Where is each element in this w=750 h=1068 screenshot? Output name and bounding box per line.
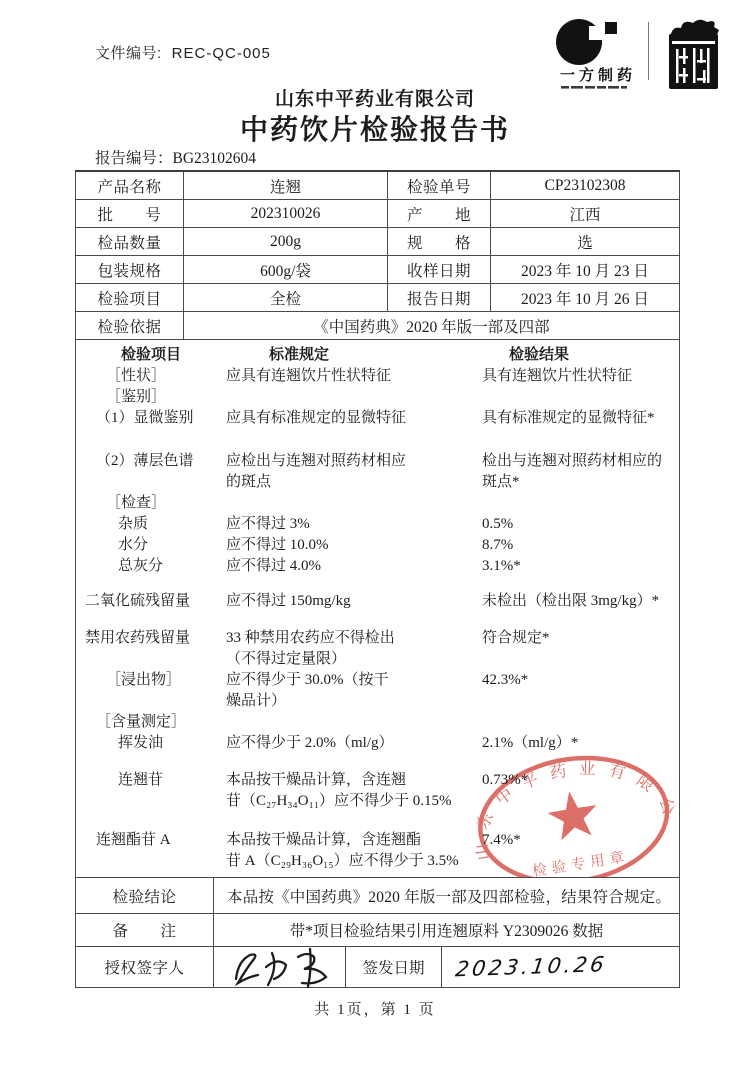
table-row: 包装规格 600g/袋 收样日期 2023 年 10 月 23 日 xyxy=(76,256,680,284)
field-label: 检验项目 xyxy=(76,284,184,312)
result-value: 未检出（检出限 3mg/kg）* xyxy=(482,591,679,612)
document-number: 文件编号:REC-QC-005 xyxy=(95,42,271,63)
test-results-section: 检验项目 标准规定 检验结果 ［性状］ 应具有连翘饮片性状特征 具有连翘饮片性状… xyxy=(75,340,680,878)
result-item: ［浸出物］ xyxy=(76,670,226,712)
result-item: ［含量测定］ xyxy=(76,712,226,733)
issue-date-label: 签发日期 xyxy=(345,947,441,987)
result-standard: 应检出与连翘对照药材相应 的斑点 xyxy=(226,451,482,493)
result-row-zazhi: 杂质 应不得过 3% 0.5% xyxy=(76,514,679,535)
result-row-jianbie: ［鉴别］ xyxy=(76,387,679,408)
result-item: （2）薄层色谱 xyxy=(76,451,226,493)
field-value: 全检 xyxy=(184,284,388,312)
sample-info-table: 产品名称 连翘 检验单号 CP23102308 批 号 202310026 产 … xyxy=(75,170,680,340)
result-standard xyxy=(226,712,482,733)
company-name: 山东中平药业有限公司 xyxy=(0,84,750,111)
field-value: 600g/袋 xyxy=(184,256,388,284)
result-standard: 应不得过 150mg/kg xyxy=(226,591,482,612)
result-item: 连翘苷 xyxy=(76,770,226,812)
result-item: 禁用农药残留量 xyxy=(76,628,226,670)
result-item: 挥发油 xyxy=(76,733,226,754)
report-title: 中药饮片检验报告书 xyxy=(0,108,750,148)
result-item: 连翘酯苷 A xyxy=(76,830,226,872)
table-row: 检品数量 200g 规 格 选 xyxy=(76,228,680,256)
page-count: 共 1页，第 1 页 xyxy=(0,998,750,1019)
results-header-row: 检验项目 标准规定 检验结果 xyxy=(76,345,679,366)
result-item: ［鉴别］ xyxy=(76,387,226,408)
result-row-shuifen: 水分 应不得过 10.0% 8.7% xyxy=(76,535,679,556)
result-standard: 应具有连翘饮片性状特征 xyxy=(226,366,482,387)
issue-date-value: 2023.10.26 xyxy=(441,947,679,987)
field-label: 批 号 xyxy=(76,200,184,228)
result-standard: 本品按干燥品计算，含连翘 苷（C₂₇H₃₄O₁₁）应不得少于 0.15% xyxy=(226,770,482,812)
result-value: 7.4%* xyxy=(482,830,679,872)
report-sheet: 产品名称 连翘 检验单号 CP23102308 批 号 202310026 产 … xyxy=(75,170,680,988)
column-header-result: 检验结果 xyxy=(482,345,679,366)
field-value: 选 xyxy=(491,228,680,256)
field-label: 包装规格 xyxy=(76,256,184,284)
result-standard: 应具有标准规定的显微特征 xyxy=(226,408,482,429)
result-item: 二氧化硫残留量 xyxy=(76,591,226,612)
result-item: 总灰分 xyxy=(76,556,226,577)
result-standard: 应不得过 10.0% xyxy=(226,535,482,556)
company-stamp-logo-icon xyxy=(655,14,733,94)
result-standard xyxy=(226,493,482,514)
result-row-jinyongnongyao: 禁用农药残留量 33 种禁用农药应不得检出 （不得过定量限） 符合规定* xyxy=(76,628,679,670)
column-header-item: 检验项目 xyxy=(76,345,226,366)
result-row-zonghuifen: 总灰分 应不得过 4.0% 3.1%* xyxy=(76,556,679,577)
conclusion-row: 检验结论 本品按《中国药典》2020 年版一部及四部检验，结果符合规定。 xyxy=(75,878,680,914)
yifang-pharma-logo-icon: 一方制药 xyxy=(552,14,644,94)
result-value: 2.1%（ml/g）* xyxy=(482,733,679,754)
result-standard: 应不得少于 2.0%（ml/g） xyxy=(226,733,482,754)
field-label: 规 格 xyxy=(388,228,491,256)
result-item: （1）显微鉴别 xyxy=(76,408,226,429)
field-label: 检验单号 xyxy=(388,171,491,200)
field-value: 2023 年 10 月 23 日 xyxy=(491,256,680,284)
field-value: 202310026 xyxy=(184,200,388,228)
result-item: 水分 xyxy=(76,535,226,556)
result-item: 杂质 xyxy=(76,514,226,535)
result-value: 0.5% xyxy=(482,514,679,535)
report-number: 报告编号：BG23102604 xyxy=(95,146,256,168)
result-value xyxy=(482,712,679,733)
field-value: 2023 年 10 月 26 日 xyxy=(491,284,680,312)
result-row-xianwei: （1）显微鉴别 应具有标准规定的显微特征 具有标准规定的显微特征* xyxy=(76,408,679,429)
result-item: ［检查］ xyxy=(76,493,226,514)
table-row: 批 号 202310026 产 地 江西 xyxy=(76,200,680,228)
field-label: 检验依据 xyxy=(76,312,184,340)
field-value: 《中国药典》2020 年版一部及四部 xyxy=(184,312,680,340)
result-value: 具有连翘饮片性状特征 xyxy=(482,366,679,387)
yifang-logo-text: 一方制药 xyxy=(560,66,636,84)
result-value: 8.7% xyxy=(482,535,679,556)
result-standard xyxy=(226,387,482,408)
result-row-xingzhuang: ［性状］ 应具有连翘饮片性状特征 具有连翘饮片性状特征 xyxy=(76,366,679,387)
handwritten-date: 2023.10.26 xyxy=(440,952,609,982)
result-row-eryanghualiu: 二氧化硫残留量 应不得过 150mg/kg 未检出（检出限 3mg/kg）* xyxy=(76,591,679,612)
field-value: CP23102308 xyxy=(491,171,680,200)
signer-label: 授权签字人 xyxy=(76,947,213,987)
result-value: 0.73%* xyxy=(482,770,679,812)
table-row: 检验项目 全检 报告日期 2023 年 10 月 26 日 xyxy=(76,284,680,312)
field-label: 产品名称 xyxy=(76,171,184,200)
handwritten-signature-icon xyxy=(228,941,338,993)
result-value: 具有标准规定的显微特征* xyxy=(482,408,679,429)
result-row-lianqiaogan: 连翘苷 本品按干燥品计算，含连翘 苷（C₂₇H₃₄O₁₁）应不得少于 0.15%… xyxy=(76,770,679,812)
field-value: 江西 xyxy=(491,200,680,228)
result-row-huifayou: 挥发油 应不得少于 2.0%（ml/g） 2.1%（ml/g）* xyxy=(76,733,679,754)
result-standard: 应不得少于 30.0%（按干 燥品计） xyxy=(226,670,482,712)
column-header-standard: 标准规定 xyxy=(226,345,482,366)
conclusion-value: 本品按《中国药典》2020 年版一部及四部检验，结果符合规定。 xyxy=(213,878,679,913)
result-value xyxy=(482,387,679,408)
field-label: 产 地 xyxy=(388,200,491,228)
result-value: 3.1%* xyxy=(482,556,679,577)
field-label: 检品数量 xyxy=(76,228,184,256)
result-row-bocengsepu: （2）薄层色谱 应检出与连翘对照药材相应 的斑点 检出与连翘对照药材相应的 斑点… xyxy=(76,451,679,493)
document-number-value: REC-QC-005 xyxy=(172,45,271,62)
result-standard: 应不得过 4.0% xyxy=(226,556,482,577)
result-row-jiancha: ［检查］ xyxy=(76,493,679,514)
result-value: 检出与连翘对照药材相应的 斑点* xyxy=(482,451,679,493)
remark-row: 备 注 带*项目检验结果引用连翘原料 Y2309026 数据 xyxy=(75,914,680,947)
remark-label: 备 注 xyxy=(76,914,213,946)
result-item: ［性状］ xyxy=(76,366,226,387)
report-page: 文件编号:REC-QC-005 一方制药 xyxy=(0,0,750,1068)
table-row: 产品名称 连翘 检验单号 CP23102308 xyxy=(76,171,680,200)
field-label: 收样日期 xyxy=(388,256,491,284)
document-number-label: 文件编号: xyxy=(95,45,162,62)
logo-divider xyxy=(648,22,649,80)
result-value xyxy=(482,493,679,514)
result-standard: 应不得过 3% xyxy=(226,514,482,535)
authorized-signature xyxy=(213,947,345,987)
report-number-value: BG23102604 xyxy=(173,150,257,167)
result-row-lianqiaozhigan-a: 连翘酯苷 A 本品按干燥品计算，含连翘酯 苷 A（C₂₉H₃₆O₁₅）应不得少于… xyxy=(76,830,679,872)
result-row-hanliangceding: ［含量测定］ xyxy=(76,712,679,733)
report-number-label: 报告编号： xyxy=(95,150,173,167)
result-value: 42.3%* xyxy=(482,670,679,712)
field-value: 200g xyxy=(184,228,388,256)
result-value: 符合规定* xyxy=(482,628,679,670)
result-row-jinchuwu: ［浸出物］ 应不得少于 30.0%（按干 燥品计） 42.3%* xyxy=(76,670,679,712)
result-standard: 33 种禁用农药应不得检出 （不得过定量限） xyxy=(226,628,482,670)
signature-row: 授权签字人 签发日期 2023.10.26 xyxy=(75,947,680,988)
field-label: 报告日期 xyxy=(388,284,491,312)
field-value: 连翘 xyxy=(184,171,388,200)
conclusion-label: 检验结论 xyxy=(76,878,213,913)
result-standard: 本品按干燥品计算，含连翘酯 苷 A（C₂₉H₃₆O₁₅）应不得少于 3.5% xyxy=(226,830,482,872)
logo-area: 一方制药 xyxy=(552,14,742,94)
table-row: 检验依据 《中国药典》2020 年版一部及四部 xyxy=(76,312,680,340)
